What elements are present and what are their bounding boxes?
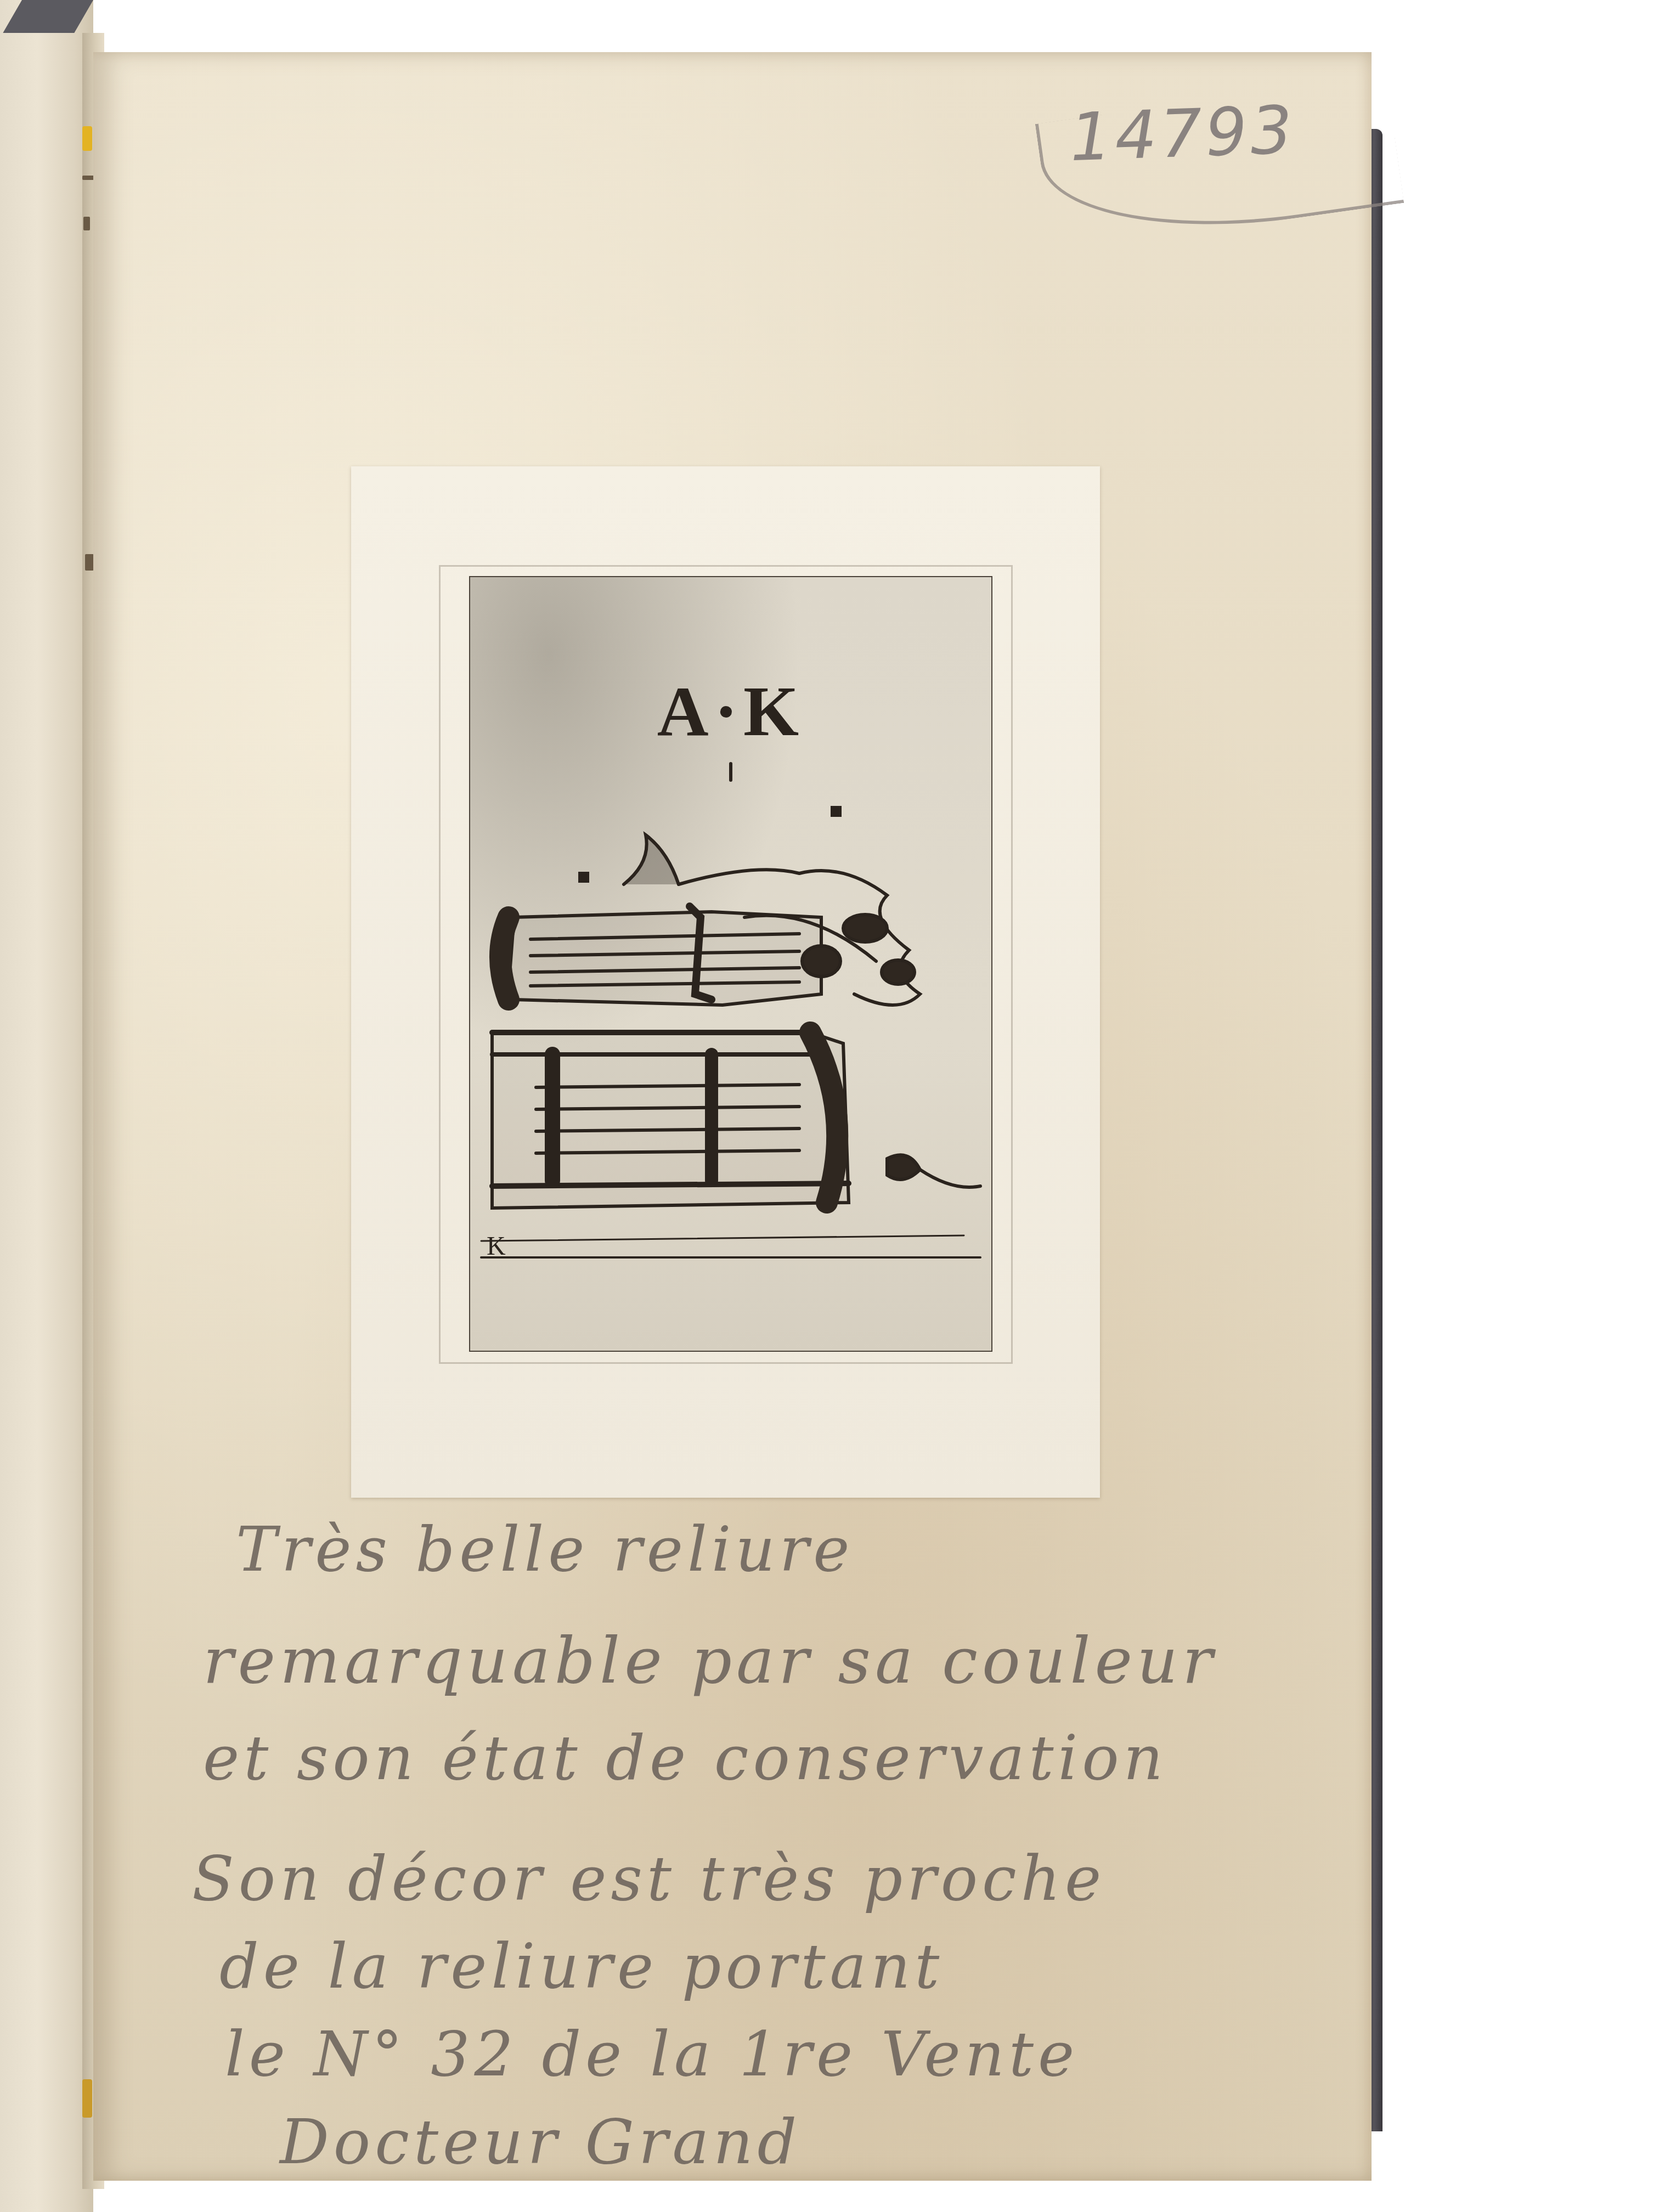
gutter-stain xyxy=(85,554,94,571)
headband-thread xyxy=(82,126,92,151)
books-still-life-icon: K xyxy=(470,577,991,1351)
annotation-signature: Docteur Grand xyxy=(280,2107,801,2178)
annotation-line: et son état de conservation xyxy=(203,1723,1167,1794)
tailband-thread xyxy=(82,2079,92,2118)
annotation-line: Très belle reliure xyxy=(236,1514,854,1585)
annotation-line: Son décor est très proche xyxy=(192,1843,1105,1915)
facing-page xyxy=(0,0,93,2212)
gutter-stain xyxy=(83,217,90,230)
bookplate-etching: A·K xyxy=(469,576,992,1352)
call-number: 14793 xyxy=(1069,92,1297,176)
annotation-line: remarquable par sa couleur xyxy=(203,1624,1217,1698)
annotation-line: le N° 32 de la 1re Vente xyxy=(225,2019,1079,2090)
annotation-line: de la reliure portant xyxy=(219,1931,944,2002)
artist-mark: K xyxy=(487,1232,506,1261)
